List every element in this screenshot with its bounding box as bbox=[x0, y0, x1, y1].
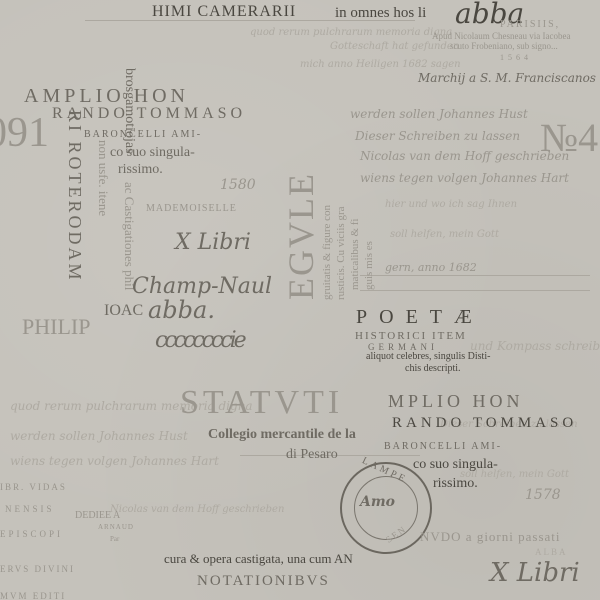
mvm-editi-text: MVM EDITI bbox=[0, 592, 66, 600]
nensis-text: NENSIS bbox=[5, 505, 55, 514]
himi-camerarii-text: HIMI CAMERARII bbox=[152, 4, 296, 20]
handwriting-line: Dieser Schreiben zu lassen bbox=[355, 130, 520, 142]
vintage-typography-collage: quod rerum pulchrarum memoria digna Gott… bbox=[0, 0, 600, 600]
rusticis-vertical-text: rusticis. Cu viciis gra bbox=[336, 207, 347, 301]
rissimo-text-2: rissimo. bbox=[433, 477, 478, 491]
rule-line bbox=[360, 290, 590, 291]
flourish-script: ccccccccie bbox=[155, 330, 244, 352]
dediee-text: DEDIEE A bbox=[75, 511, 120, 521]
handwriting-line: soll helfen, mein Gott bbox=[390, 230, 499, 240]
abba-script-mid: abba. bbox=[148, 298, 215, 322]
non-usfe-vertical-text: non usfe. itene bbox=[97, 140, 110, 216]
cura-opera-text: cura & opera castigata, una cum AN bbox=[164, 552, 353, 565]
franciscanos-script: Marchij a S. M. Franciscanos bbox=[418, 72, 596, 84]
scuto-froben-text: scuto Frobeniano, sub signo... bbox=[450, 42, 558, 51]
handwriting-line: Gotteschaft hat gefunden bbox=[330, 42, 459, 52]
handwriting-line: Nicolas van dem Hoff geschrieben bbox=[110, 505, 284, 515]
amplio-hon-text-2: MPLIO HON bbox=[388, 392, 524, 410]
di-pesaro-text: di Pesaro bbox=[286, 448, 338, 462]
ioac-text: IOAC bbox=[104, 303, 143, 319]
year-1564-text: 1564 bbox=[500, 54, 532, 62]
arnaud-text: ARNAUD bbox=[98, 524, 134, 531]
notationibvs-text: NOTATIONIBVS bbox=[197, 574, 330, 589]
alba-text: ALBA bbox=[535, 548, 568, 557]
maticalibus-vertical-text: maticalibus & fi bbox=[350, 219, 361, 290]
guis-misis-vertical-text: guis mis es bbox=[364, 241, 375, 290]
collegio-mercantile-text: Collegio mercantile de la bbox=[208, 428, 356, 442]
brosgamotiojas-vertical-text: brosgamotiojas bbox=[122, 68, 136, 154]
baroncelli-text-1: BARONCELLI AMI- bbox=[84, 130, 202, 140]
episcopi-text: EPISCOPI bbox=[0, 530, 63, 539]
rando-tommaso-text-2: RANDO TOMMASO bbox=[392, 416, 577, 431]
stamp-signature: Amo bbox=[360, 495, 395, 509]
handwriting-line: hier und wo ich sag Ihnen bbox=[385, 200, 517, 210]
handwriting-line: Nicolas van dem Hoff geschrieben bbox=[360, 150, 569, 162]
erus-divini-text: ERVS DIVINI bbox=[0, 565, 75, 574]
roterodam-vertical-text: RI ROTERODAM bbox=[66, 110, 84, 283]
rissimo-text-1: rissimo. bbox=[118, 163, 163, 177]
rule-line bbox=[360, 275, 590, 276]
in-omnes-hos-text: in omnes hos li bbox=[335, 6, 426, 21]
parisiis-text: PARISIIS, bbox=[500, 20, 560, 30]
handwriting-line: mich anno Heiligen 1682 sagen bbox=[300, 60, 461, 70]
gruitatis-vertical-text: gruitatis & figure con bbox=[322, 205, 333, 300]
poetae-text: POETÆ bbox=[356, 307, 484, 327]
handwriting-line: wiens tegen volgen Johannes Hart bbox=[360, 172, 569, 184]
historici-item-text: HISTORICI ITEM bbox=[355, 331, 467, 342]
number-091-text: 091 bbox=[0, 112, 49, 154]
handwriting-line: werden sollen Johannes Hust bbox=[350, 108, 528, 120]
handwriting-line: wiens tegen volgen Johannes Hart bbox=[10, 455, 219, 467]
egvle-vertical-text: EGVLE bbox=[283, 172, 319, 300]
numero-4-text: №4 bbox=[540, 118, 598, 158]
year-1580-text: 1580 bbox=[220, 178, 256, 192]
libri-script-1: X Libri bbox=[175, 232, 251, 254]
nvdo-text: NVDO a giorni passati bbox=[420, 530, 561, 543]
handwriting-line: gern, anno 1682 bbox=[385, 262, 477, 273]
handwriting-line: werden sollen Johannes Hust bbox=[10, 430, 188, 442]
par-text: Par bbox=[110, 536, 119, 543]
statvti-text: STATVTI bbox=[180, 386, 343, 420]
ber-vidas-text: IBR. VIDAS bbox=[0, 483, 67, 492]
year-1578-text: 1578 bbox=[525, 488, 561, 502]
co-suo-text-2: co suo singula- bbox=[413, 458, 498, 472]
chis-descripti-text: chis descripti. bbox=[405, 364, 461, 374]
champ-script: Champ-Naul bbox=[132, 276, 272, 298]
handwriting-line: quod rerum pulchrarum memoria digna bbox=[250, 28, 452, 38]
philip-text: PHILIP bbox=[22, 316, 90, 338]
libri-script-2: X Libri bbox=[490, 560, 580, 586]
mademoiselle-text: MADEMOISELLE bbox=[146, 204, 237, 214]
baroncelli-text-2: BARONCELLI AMI- bbox=[384, 442, 502, 452]
aliquot-text: aliquot celebres, singulis Disti- bbox=[366, 352, 490, 362]
apud-nicolaum-text: Apud Nicolaum Chesneau via Iacobea bbox=[432, 32, 570, 41]
amplio-hon-text-1: AMPLIO HON bbox=[24, 86, 189, 106]
